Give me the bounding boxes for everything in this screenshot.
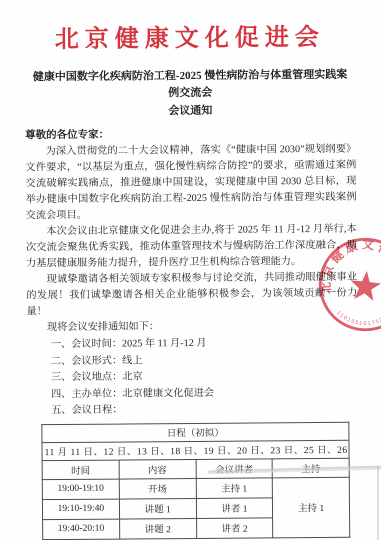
organization-seal: 北京健康文化促进会 1101051017520 xyxy=(312,231,381,338)
paragraph-arrangement-intro: 现将会议安排通知如下： xyxy=(27,318,358,337)
document-page: 北京健康文化促进会 健康中国数字化疾病防治工程-2025 慢性病防治与体重管理实… xyxy=(0,0,381,540)
doc-title-line-1: 健康中国数字化疾病防治工程-2025 慢性病防治与体重管理实践案 xyxy=(25,67,356,87)
agenda-cell-content: 开场 xyxy=(119,478,196,499)
paragraph-invitation: 现诚挚邀请各相关领域专家积极参与讨论交流，共同推动眼健康事业的发展！我们诚挚邀请… xyxy=(26,270,357,321)
agenda-cell-time: 19:00-19:10 xyxy=(42,479,119,500)
agenda-cell-speaker: 主持 1 xyxy=(196,477,273,498)
agenda-table-dates: 11 月 11 日、12 日、13 日、18 日、19 日、20 日、23 日、… xyxy=(42,440,349,460)
paragraph-background: 为深入贯彻党的二十大会议精神，落实《“健康中国 2030”规划纲要》文件要求，“… xyxy=(25,142,357,225)
list-item-agenda: 五、会议日程： xyxy=(51,401,358,420)
org-title: 北京健康文化促进会 xyxy=(24,17,355,55)
paragraph-organizer: 本次会议由北京健康文化促进会主办,将于 2025 年 11 月-12 月举行,本… xyxy=(26,222,357,273)
doc-subtitle: 会议通知 xyxy=(25,102,356,122)
doc-title-line-2: 例交流会 xyxy=(25,84,356,104)
agenda-row: 19:00-19:10 开场 主持 1 主持 1 xyxy=(42,477,349,499)
agenda-table: 日程（初拟） 11 月 11 日、12 日、13 日、18 日、19 日、20 … xyxy=(41,421,350,539)
agenda-cell-host: 主持 1 xyxy=(273,477,350,538)
agenda-table-title: 日程（初拟） xyxy=(42,422,349,442)
seal-number: 1101051017520 xyxy=(334,309,381,329)
agenda-cell-time: 19:10-19:40 xyxy=(42,499,119,520)
meeting-info-list: 一、会议时间：2025 年 11 月-12 月 二、会议形式：线上 三、会议地点… xyxy=(27,335,359,420)
agenda-cell-speaker: 讲者 2 xyxy=(196,517,273,538)
agenda-cell-speaker: 讲者 1 xyxy=(196,497,273,518)
agenda-header-content: 内容 xyxy=(119,459,196,479)
star-icon xyxy=(349,269,381,301)
agenda-cell-time: 19:40-20:10 xyxy=(43,519,120,540)
doc-title: 健康中国数字化疾病防治工程-2025 慢性病防治与体重管理实践案 例交流会 xyxy=(25,67,356,104)
page-edge-shadow-right xyxy=(377,466,379,540)
agenda-header-time: 时间 xyxy=(42,460,119,480)
agenda-cell-content: 讲题 2 xyxy=(119,518,196,539)
agenda-cell-content: 讲题 1 xyxy=(119,498,196,519)
